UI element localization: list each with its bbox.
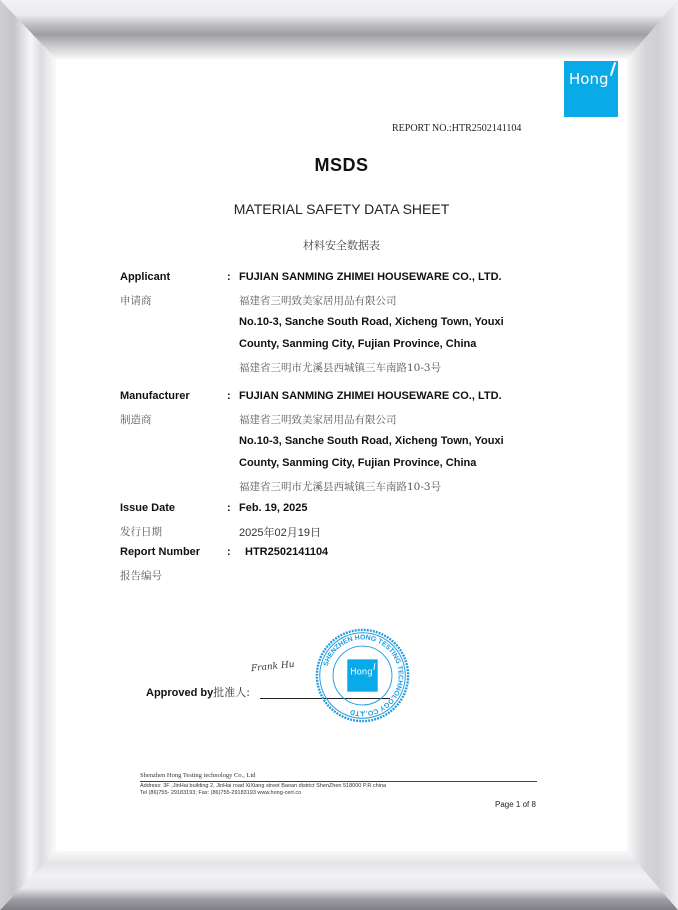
certificate-page: Hong REPORT NO.:HTR2502141104 MSDS MATER… <box>55 58 628 852</box>
footer-address: Address: 3F ,JinHai building 2, JinHai r… <box>140 783 386 790</box>
approved-by-label-cn: 批准人: <box>213 686 250 699</box>
applicant-name: FUJIAN SANMING ZHIMEI HOUSEWARE CO., LTD… <box>239 271 502 283</box>
manufacturer-name-cn: 福建省三明致美家居用品有限公司 <box>239 412 397 427</box>
manufacturer-label-cn: 制造商 <box>120 412 152 427</box>
issue-date-label: Issue Date <box>120 502 175 514</box>
manufacturer-colon: : <box>227 390 231 402</box>
issue-date-value: Feb. 19, 2025 <box>239 502 308 514</box>
document-subtitle: MATERIAL SAFETY DATA SHEET <box>55 201 628 217</box>
applicant-name-cn: 福建省三明致美家居用品有限公司 <box>239 293 397 308</box>
hong-logo: Hong <box>564 61 618 117</box>
approved-by-label: Approved by <box>146 687 213 699</box>
applicant-address-line2: County, Sanming City, Fujian Province, C… <box>239 338 476 350</box>
applicant-address-cn: 福建省三明市尤溪县西城镇三车南路10-3号 <box>239 360 441 375</box>
applicant-label-cn: 申请商 <box>120 293 152 308</box>
issue-date-value-cn: 2025年02月19日 <box>239 524 321 540</box>
report-number-value: HTR2502141104 <box>245 546 328 558</box>
document-subtitle-cn: 材料安全数据表 <box>55 237 628 253</box>
logo-slash-icon <box>610 62 616 76</box>
signature: Frank Hu <box>251 660 295 675</box>
approved-by: Approved by批准人: <box>146 684 250 700</box>
frame-right-edge <box>628 0 678 910</box>
issue-date-label-cn: 发行日期 <box>120 524 162 539</box>
document-title: MSDS <box>55 155 628 176</box>
report-number-label-cn: 报告编号 <box>120 568 162 583</box>
issue-date-colon: : <box>227 502 231 514</box>
manufacturer-address-line2: County, Sanming City, Fujian Province, C… <box>239 457 476 469</box>
report-number-header: REPORT NO.:HTR2502141104 <box>392 123 521 134</box>
footer-phone: Tel (86)755- 29183193; Fax: (86)755-2918… <box>140 790 386 797</box>
manufacturer-label: Manufacturer <box>120 390 190 402</box>
footer-contact: Address: 3F ,JinHai building 2, JinHai r… <box>140 783 386 797</box>
manufacturer-address-cn: 福建省三明市尤溪县西城镇三车南路10-3号 <box>239 479 441 494</box>
report-number-colon: : <box>227 546 231 558</box>
footer-divider <box>140 781 537 782</box>
manufacturer-name: FUJIAN SANMING ZHIMEI HOUSEWARE CO., LTD… <box>239 390 502 402</box>
report-number-label: Report Number <box>120 546 200 558</box>
footer-company: Shenzhen Hong Testing technology Co., Lt… <box>140 772 256 779</box>
seal-logo-text: Hong <box>350 668 373 678</box>
frame-bottom-edge <box>0 852 678 910</box>
applicant-label: Applicant <box>120 271 170 283</box>
applicant-colon: : <box>227 271 231 283</box>
page-number: Page 1 of 8 <box>495 800 536 809</box>
frame-top-edge <box>0 0 678 58</box>
applicant-address-line1: No.10-3, Sanche South Road, Xicheng Town… <box>239 316 504 328</box>
frame-left-edge <box>0 0 55 910</box>
company-seal-icon: SHENZHEN HONG TESTING TECHNOLOGY CO.,LTD… <box>315 628 410 723</box>
manufacturer-address-line1: No.10-3, Sanche South Road, Xicheng Town… <box>239 435 504 447</box>
logo-text: Hong <box>569 70 609 88</box>
